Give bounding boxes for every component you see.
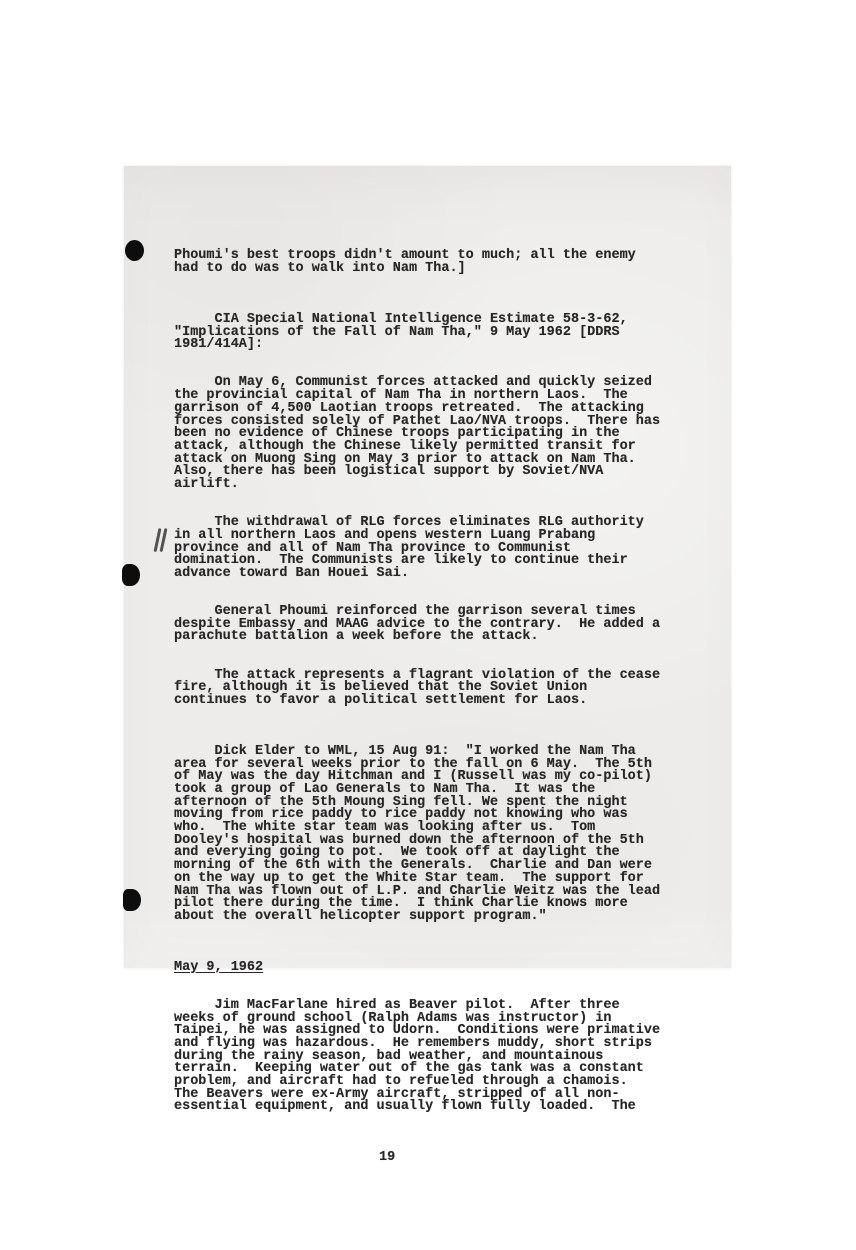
scan-background: Phoumi's best troops didn't amount to mu… bbox=[0, 0, 856, 1250]
punch-hole-middle bbox=[122, 564, 140, 586]
paragraph-continuation: Phoumi's best troops didn't amount to mu… bbox=[174, 250, 674, 275]
document-page: Phoumi's best troops didn't amount to mu… bbox=[124, 166, 731, 968]
paragraph-cia-estimate-4: The attack represents a flagrant violati… bbox=[174, 670, 674, 708]
typewritten-text-column: Phoumi's best troops didn't amount to mu… bbox=[174, 225, 674, 1190]
punch-hole-top bbox=[125, 240, 144, 261]
handwritten-double-slash-mark bbox=[154, 528, 168, 554]
paragraph-cia-estimate-1: On May 6, Communist forces attacked and … bbox=[174, 377, 674, 491]
paragraph-cia-estimate-2: The withdrawal of RLG forces eliminates … bbox=[174, 517, 674, 581]
mark-stroke bbox=[160, 528, 167, 552]
paragraph-macfarlane: Jim MacFarlane hired as Beaver pilot. Af… bbox=[174, 1000, 674, 1114]
paragraph-dick-elder: Dick Elder to WML, 15 Aug 91: "I worked … bbox=[174, 746, 674, 924]
page-number: 19 bbox=[174, 1152, 674, 1165]
paragraph-cia-citation: CIA Special National Intelligence Estima… bbox=[174, 314, 674, 352]
date-heading: May 9, 1962 bbox=[174, 962, 674, 975]
punch-hole-bottom bbox=[123, 889, 141, 911]
paragraph-cia-estimate-3: General Phoumi reinforced the garrison s… bbox=[174, 606, 674, 644]
